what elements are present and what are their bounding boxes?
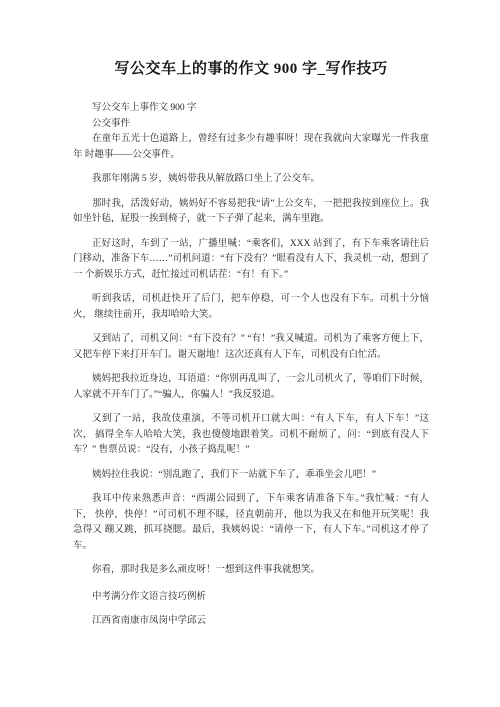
- paragraph: 又到站了，司机又问：“有下没有？” “有！”我又喊道。司机为了乘客方便上下， 又…: [73, 332, 429, 363]
- paragraph: 那时我，活泼好动，姨妈好不容易把我“请”上公交车，一把把我按到座位上。我 如坐针…: [73, 197, 429, 228]
- paragraph: 在童年五光十色道路上，曾经有过多少有趣事呀！现在我就向大家曝光一件我童年 时趣事…: [73, 132, 429, 163]
- paragraph: 听到我话，司机赶快开了后门，把车停稳，可一个人也没有下车。司机十分恼火， 继续往…: [73, 292, 429, 323]
- paragraph-heading: 公交事件: [73, 117, 429, 133]
- paragraph-subtitle: 写公交车上事作文 900 字: [73, 101, 429, 117]
- paragraph: 姨妈把我拉近身边，耳语道：“你别再乱叫了，一会儿司机火了，等咱们下时候， 人家就…: [73, 372, 429, 403]
- paragraph: 你看，那时我是多么顽皮呀！一想到这件事我就想笑。: [73, 563, 429, 579]
- paragraph-footer-author: 江西省南康市凤岗中学邱云: [73, 614, 429, 630]
- paragraph: 又到了一站，我故伎重演，不等司机开口就大叫：“有人下车，有人下车！”这次， 搞得…: [73, 412, 429, 459]
- paragraph: 我那年刚满 5 岁，姨妈带我从解放路口坐上了公交车。: [73, 172, 429, 188]
- paragraph: 姨妈拉住我说：“别乱跑了，我们下一站就下车了，乖乖坐会儿吧！”: [73, 468, 429, 484]
- document-page: 写公交车上的事的作文 900 字_写作技巧 写公交车上事作文 900 字 公交事…: [0, 0, 500, 707]
- paragraph-footer-topic: 中考满分作文语言技巧例析: [73, 590, 429, 606]
- paragraph: 正好这时，车到了一站，广播里喊：“乘客们，XXX 站到了，有下车乘客请往后门移动…: [73, 237, 429, 284]
- page-title: 写公交车上的事的作文 900 字_写作技巧: [73, 61, 429, 78]
- paragraph: 我耳中传来熟悉声音：“西湖公园到了，下车乘客请准备下车。”我忙喊：“有人下， 快…: [73, 492, 429, 554]
